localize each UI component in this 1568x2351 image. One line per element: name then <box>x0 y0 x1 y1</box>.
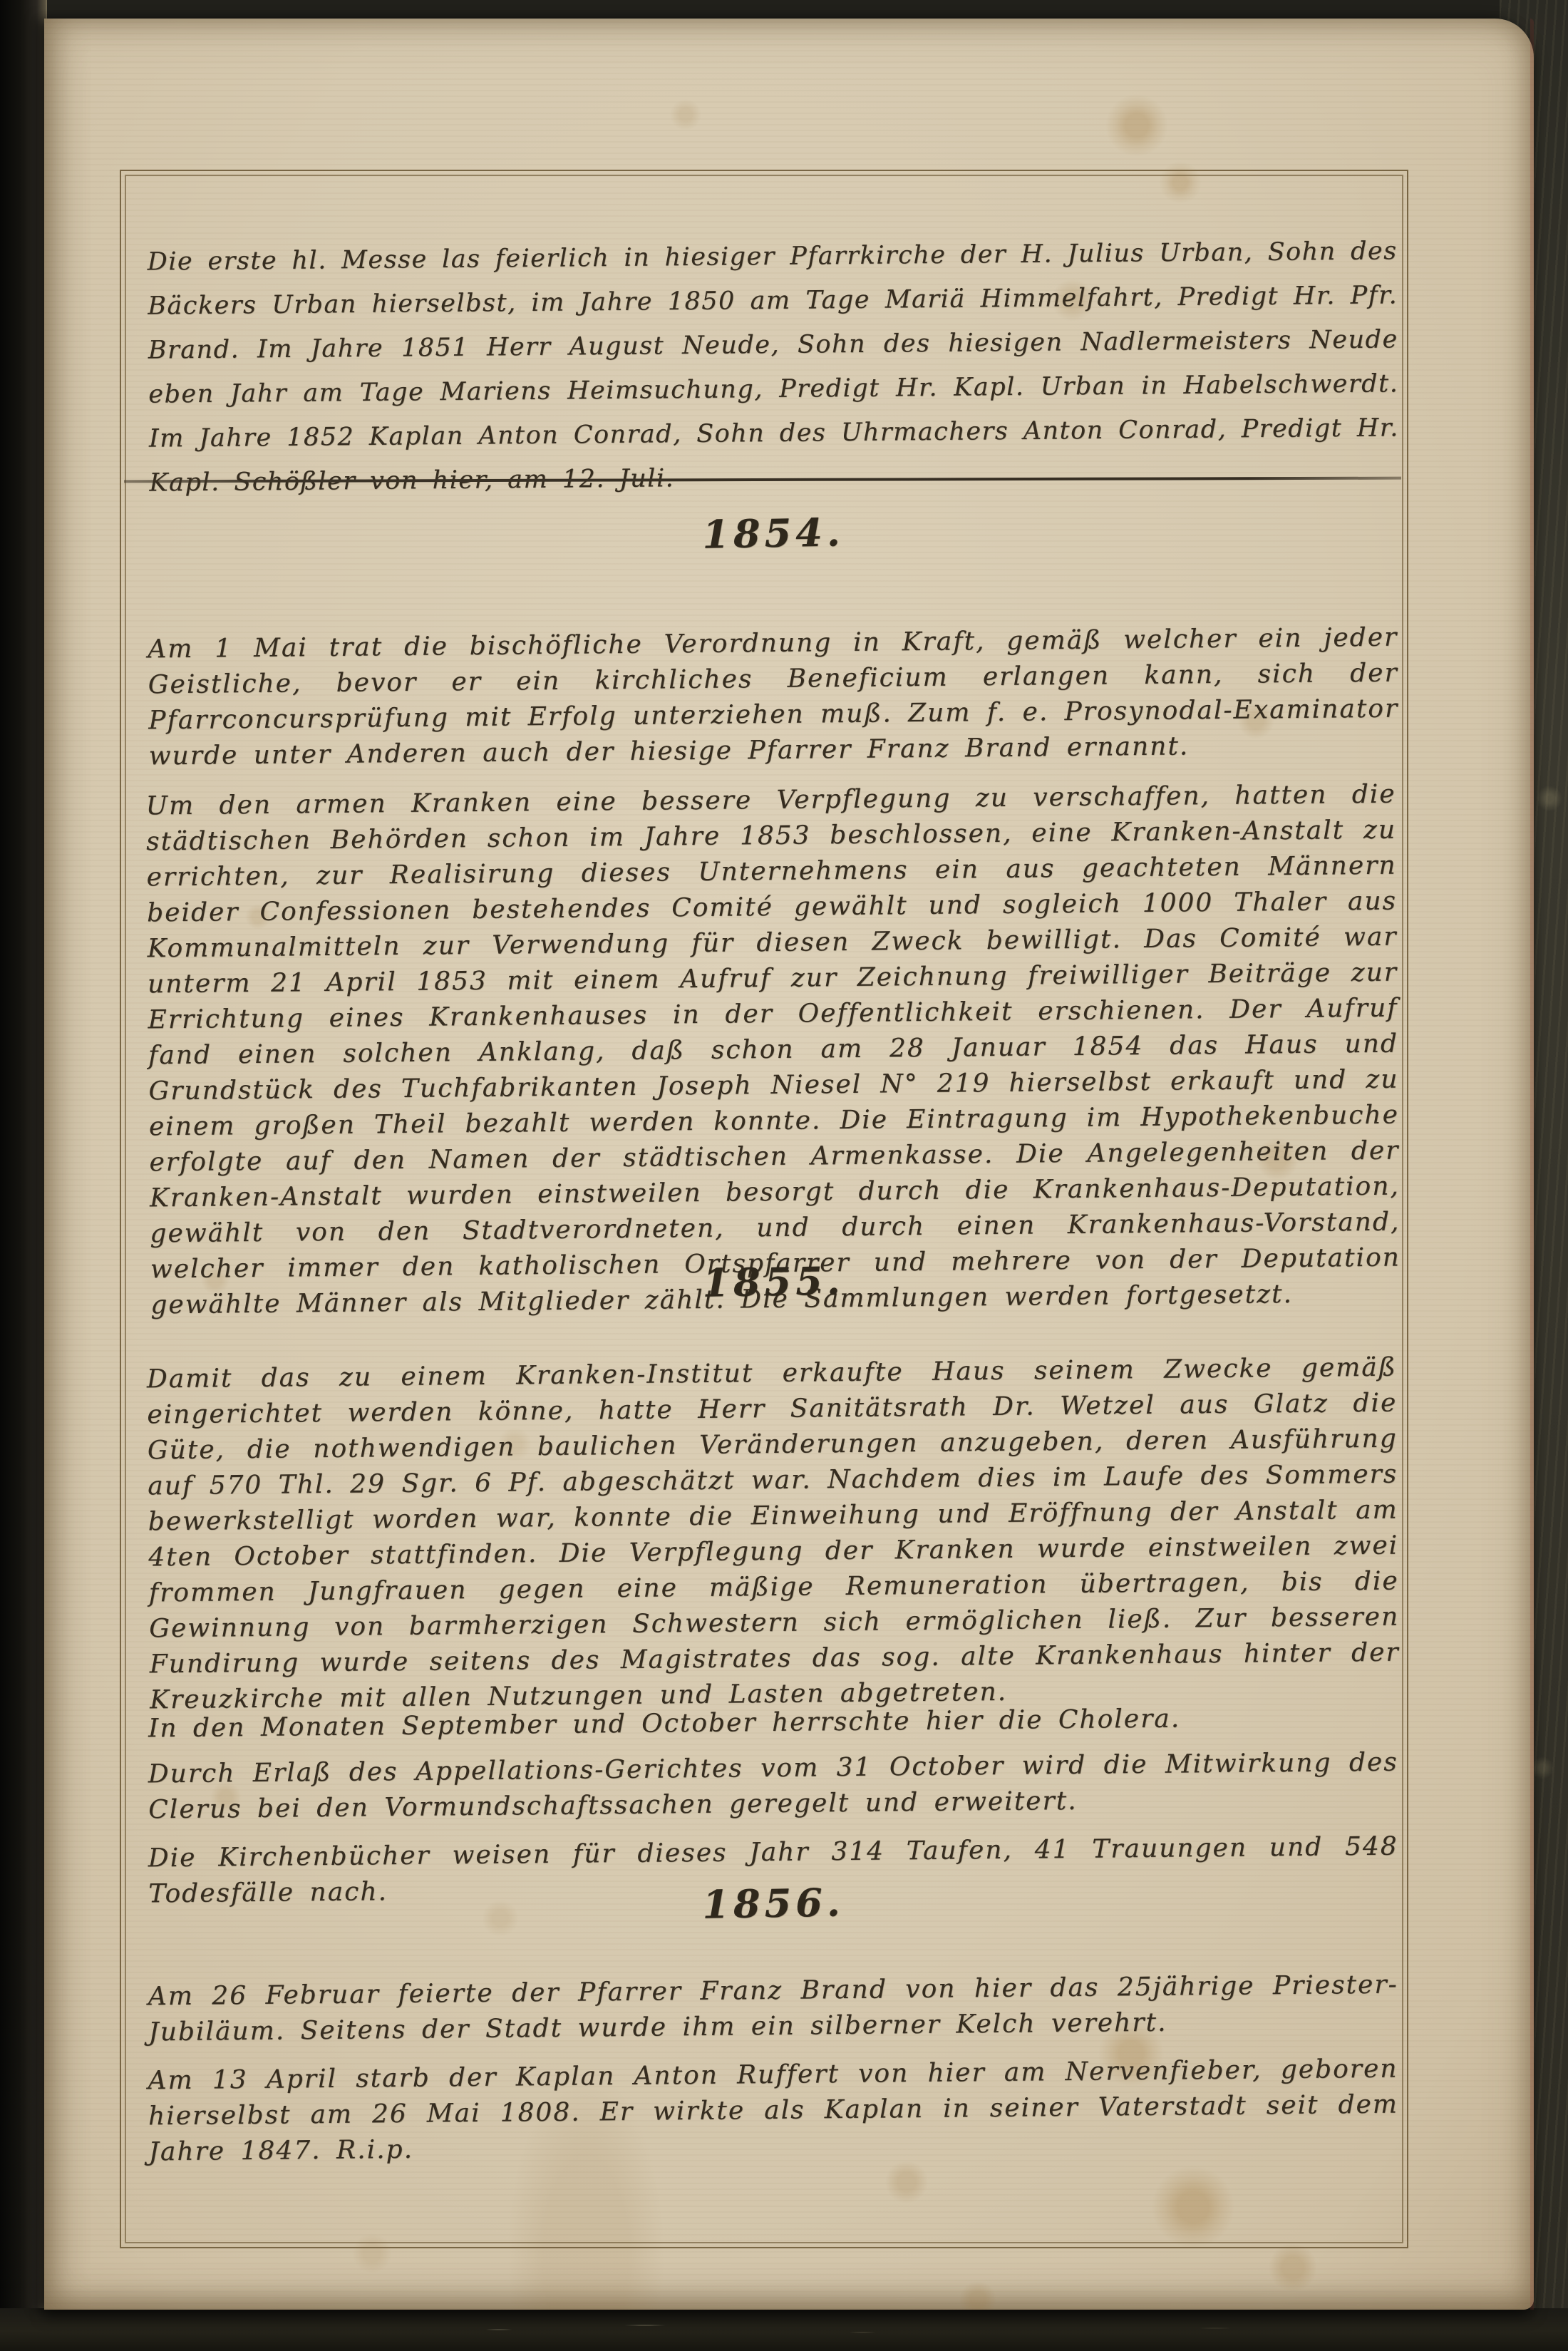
manuscript-page: Die erste hl. Messe las feierlich in hie… <box>44 19 1534 2310</box>
entry-1856-priest-jubilee: Am 26 Februar feierte der Pfarrer Franz … <box>148 1967 1399 2051</box>
page-edge <box>1530 19 1534 2310</box>
book-cover-bottom-edge <box>0 2308 1568 2351</box>
entry-1855-court-decree: Durch Erlaß des Appellations-Gerichtes v… <box>148 1745 1399 1828</box>
entry-1854-hospital-founding: Um den armen Kranken eine bessere Verpfl… <box>145 777 1401 1324</box>
book-binding-gutter <box>0 0 47 2351</box>
entry-1856-kaplan-death: Am 13 April starb der Kaplan Anton Ruffe… <box>148 2052 1398 2171</box>
book-scan: Die erste hl. Messe las feierlich in hie… <box>0 0 1568 2351</box>
entry-1855-hospital-opening: Damit das zu einem Kranken-Institut erka… <box>147 1350 1401 1719</box>
entry-1854-decree: Am 1 Mai trat die bischöfliche Verordnun… <box>148 620 1399 775</box>
previous-entry-continuation: Die erste hl. Messe las feierlich in hie… <box>147 229 1399 505</box>
